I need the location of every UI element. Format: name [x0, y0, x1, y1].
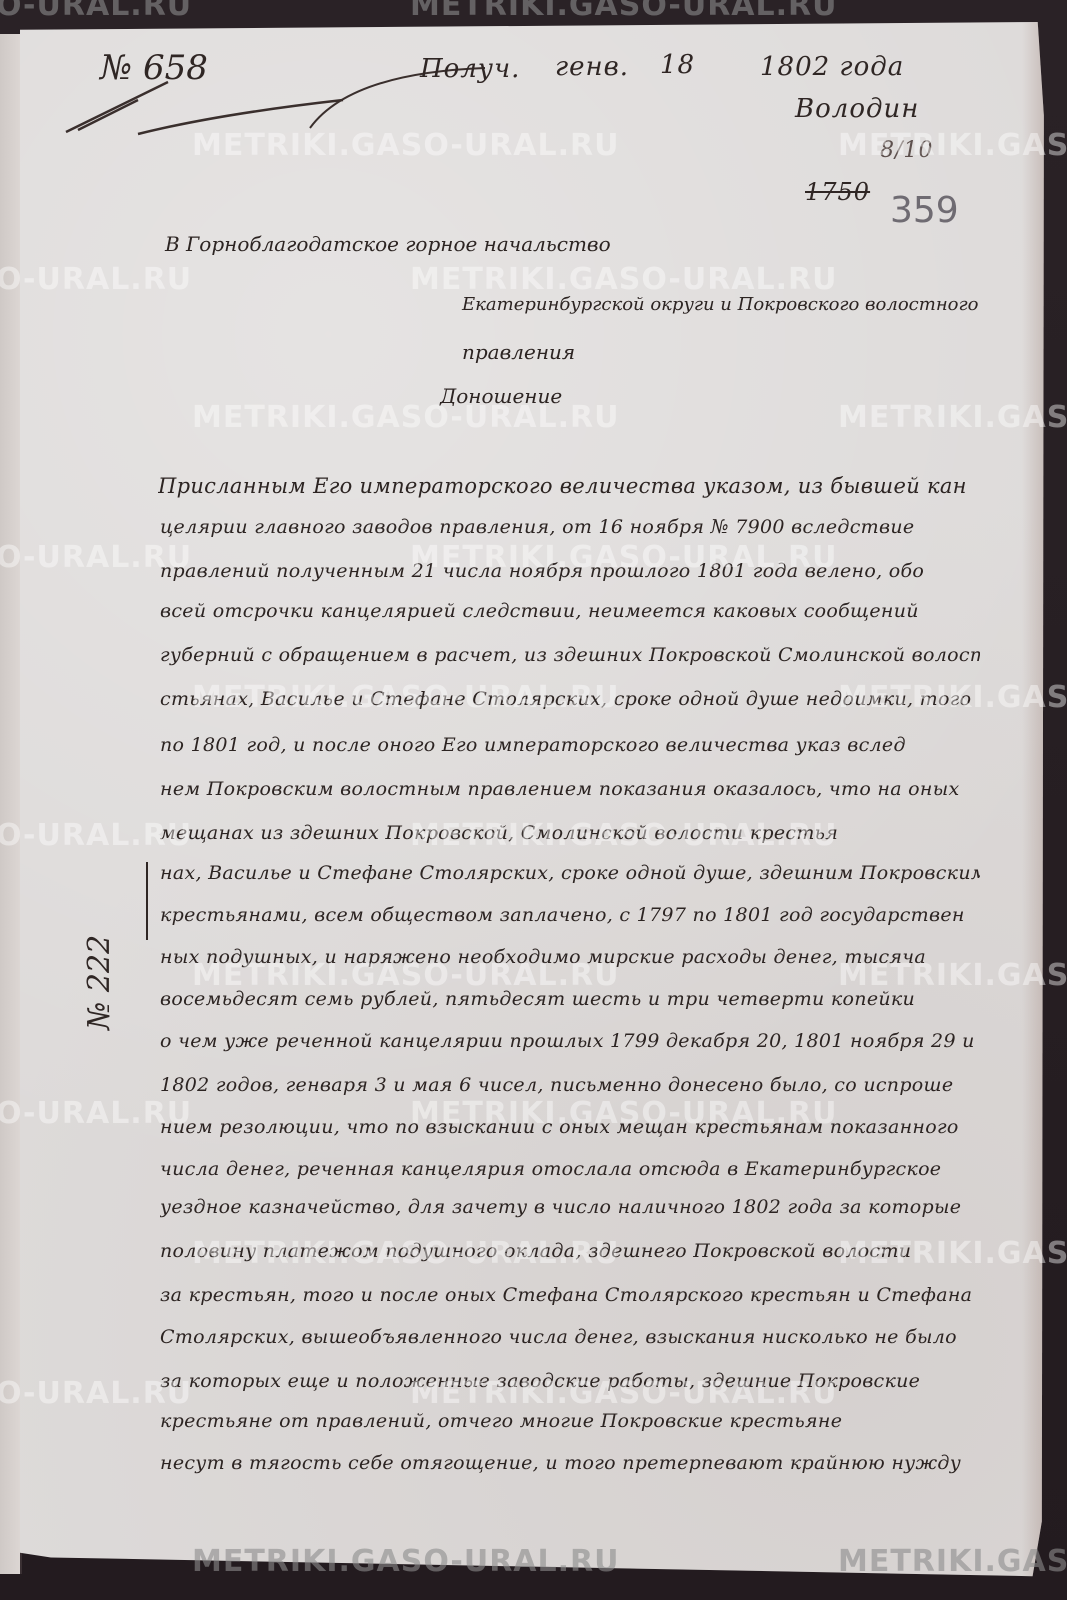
received-year: 1802 года: [760, 52, 904, 82]
body-line: всей отсрочки канцелярией следствии, неи…: [160, 600, 980, 622]
body-line: восемьдесят семь рублей, пятьдесят шесть…: [160, 988, 980, 1010]
sender-line-1: Екатеринбургской округи и Покровского во…: [462, 294, 978, 315]
body-line: губерний с обращением в расчет, из здешн…: [160, 644, 980, 666]
mark-number: 8/10: [880, 138, 933, 163]
body-line: нием резолюции, что по взыскании с оных …: [160, 1116, 980, 1138]
body-line: по 1801 год, и после оного Его император…: [160, 734, 980, 756]
record-number: № 658: [100, 48, 208, 88]
body-line: правлений полученным 21 числа ноября про…: [160, 560, 980, 582]
body-line: Столярских, вышеобъявленного числа денег…: [160, 1326, 980, 1348]
document-title: Доношение: [440, 384, 562, 408]
addressee: В Горноблагодатское горное начальство: [165, 232, 611, 256]
clerk-signature: Володин: [795, 94, 919, 124]
body-line: 1802 годов, генваря 3 и мая 6 чисел, пис…: [160, 1074, 980, 1096]
old-folio-number: 1750: [805, 178, 870, 206]
folio-number: 359: [890, 190, 959, 231]
body-line: крестьянами, всем обществом заплачено, с…: [160, 904, 980, 926]
previous-page-edge: [0, 34, 22, 1574]
body-line: несут в тягость себе отягощение, и того …: [160, 1452, 980, 1474]
received-month: генв.: [555, 52, 629, 82]
margin-number: № 222: [82, 935, 117, 1030]
body-line: мещанах из здешних Покровской, Смолинско…: [160, 822, 980, 844]
body-line: целярии главного заводов правления, от 1…: [160, 516, 980, 538]
manuscript-page: [20, 22, 1048, 1584]
body-line: за крестьян, того и после оных Стефана С…: [160, 1284, 980, 1306]
body-line: стьянах, Василье и Стефане Столярских, с…: [160, 688, 980, 710]
body-line: крестьяне от правлений, отчего многие По…: [160, 1410, 980, 1432]
margin-bracket: [146, 862, 148, 940]
body-line: Присланным Его императорского величества…: [158, 474, 978, 498]
body-line: нем Покровским волостным правлением пока…: [160, 778, 980, 800]
received-label: Получ.: [420, 54, 520, 84]
body-line: половину платежом подушного оклада, здеш…: [160, 1240, 980, 1262]
body-line: ных подушных, и наряжено необходимо мирс…: [160, 946, 980, 968]
body-line: уездное казначейство, для зачету в число…: [160, 1196, 980, 1218]
body-line: о чем уже реченной канцелярии прошлых 17…: [160, 1030, 980, 1052]
body-line: за которых еще и положенные заводские ра…: [160, 1370, 980, 1392]
body-line: числа денег, реченная канцелярия отослал…: [160, 1158, 980, 1180]
body-line: нах, Василье и Стефане Столярских, сроке…: [160, 862, 980, 884]
sender-line-2: правления: [462, 340, 575, 364]
received-day: 18: [660, 50, 695, 80]
